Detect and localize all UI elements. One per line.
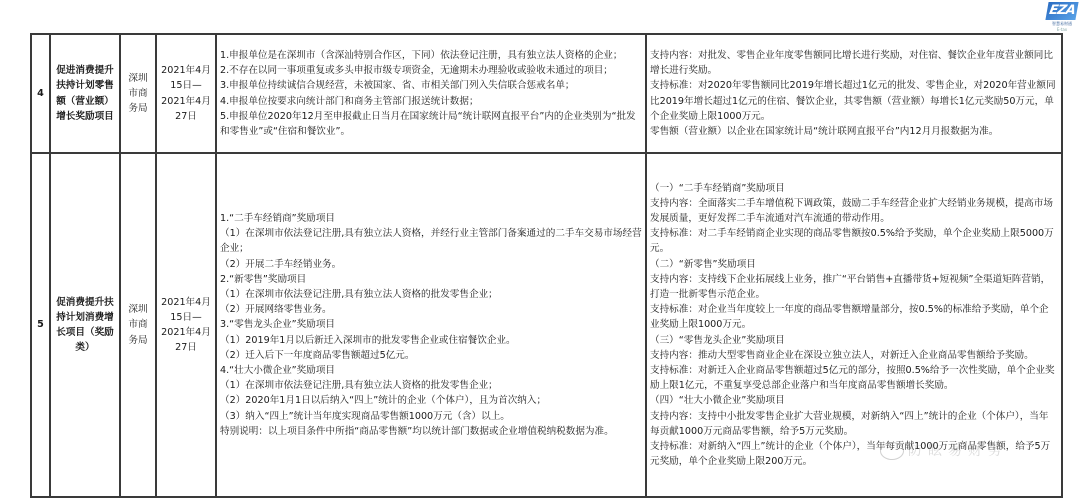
condition-item: 2.“新零售”奖励项目 (220, 272, 642, 287)
brand-logo: EZA 智慧易财通 E-tax (1044, 2, 1080, 34)
logo-mark: EZA (1045, 2, 1078, 20)
condition-item: 3.“零售龙头企业”奖励项目 (220, 317, 642, 332)
support-item: 支持标准：对新迁入企业商品零售额超过5亿元的部分，按照0.5%给予一次性奖励，单… (650, 363, 1058, 393)
application-period: 2021年4月 15日— 2021年4月 27日 (156, 34, 216, 153)
application-conditions: 1.“二手车经销商”奖励项目 （1）在深圳市依法登记注册,具有独立法人资格，并经… (216, 153, 646, 497)
policy-table: 4 促进消费提升扶持计划零售额（营业额）增长奖励项目 深圳市商务局 2021年4… (30, 33, 1063, 498)
row-number: 4 (31, 34, 50, 153)
support-item: 支持内容：对批发、零售企业年度零售额同比增长进行奖励，对住宿、餐饮企业年度营业额… (650, 48, 1058, 78)
support-item: 支持内容：推动大型零售商业企业在深设立独立法人，对新迁入企业商品零售额给予奖励。 (650, 348, 1058, 363)
condition-item: 3.申报单位持续诚信合规经营，未被国家、省、市相关部门列入失信联合惩戒名单； (220, 78, 642, 93)
department: 深圳市商务局 (120, 153, 156, 497)
department: 深圳市商务局 (120, 34, 156, 153)
project-name: 促进消费提升扶持计划零售额（营业额）增长奖励项目 (50, 34, 120, 153)
condition-item: （1）在深圳市依法登记注册,具有独立法人资格的批发零售企业； (220, 287, 642, 302)
support-heading: （三）“零售龙头企业”奖励项目 (650, 333, 1058, 348)
support-item: 零售额（营业额）以企业在国家统计局“统计联网直报平台”内12月月报数据为准。 (650, 124, 1058, 139)
special-note: 特别说明：以上项目条件中所指“商品零售额”均以统计部门数据或企业增值税纳税数据为… (220, 424, 642, 439)
condition-item: 4.“壮大小微企业”奖励项目 (220, 363, 642, 378)
condition-item: （2）2020年1月1日以后纳入“四上”统计的企业（个体户），且为首次纳入； (220, 393, 642, 408)
support-heading: （二）“新零售”奖励项目 (650, 257, 1058, 272)
condition-item: （2）迁入后下一年度商品零售额超过5亿元。 (220, 348, 642, 363)
condition-item: 2.不存在以同一事项重复或多头申报市级专项资金，无逾期未办理验收或验收未通过的项… (220, 63, 642, 78)
condition-item: 4.申报单位按要求向统计部门和商务主管部门报送统计数据； (220, 94, 642, 109)
condition-item: （3）纳入“四上”统计当年度实现商品零售额1000万元（含）以上。 (220, 409, 642, 424)
support-item: 支持内容：支持中小批发零售企业扩大营业规模，对新纳入“四上”统计的企业（个体户）… (650, 409, 1058, 439)
support-item: 支持内容：全面落实二手车增值税下调政策，鼓励二手车经营企业扩大经销业务规模，提高… (650, 196, 1058, 226)
condition-item: （2）开展网络零售业务。 (220, 302, 642, 317)
condition-item: （1）在深圳市依法登记注册,具有独立法人资格的批发零售企业； (220, 378, 642, 393)
row-number: 5 (31, 153, 50, 497)
application-period: 2021年4月 15日— 2021年4月 27日 (156, 153, 216, 497)
support-item: 支持标准：对新纳入“四上”统计的企业（个体户），当年每贡献1000万元商品零售额… (650, 439, 1058, 469)
support-item: 支持标准：对二手车经销商企业实现的商品零售额按0.5%给予奖励，单个企业奖励上限… (650, 226, 1058, 256)
support-content: 支持内容：对批发、零售企业年度零售额同比增长进行奖励，对住宿、餐饮企业年度营业额… (646, 34, 1062, 153)
condition-item: （1）2019年1月以后新迁入深圳市的批发零售企业或住宿餐饮企业。 (220, 333, 642, 348)
support-item: 支持标准：对2020年零售额同比2019年增长超过1亿元的批发、零售企业，对20… (650, 78, 1058, 124)
application-conditions: 1.申报单位是在深圳市（含深汕特别合作区，下同）依法登记注册，具有独立法人资格的… (216, 34, 646, 153)
support-item: 支持标准：对企业当年度较上一年度的商品零售额增量部分，按0.5%的标准给予奖励，… (650, 302, 1058, 332)
condition-item: 1.“二手车经销商”奖励项目 (220, 211, 642, 226)
support-content: （一）“二手车经销商”奖励项目 支持内容：全面落实二手车增值税下调政策，鼓励二手… (646, 153, 1062, 497)
condition-item: （1）在深圳市依法登记注册,具有独立法人资格，并经行业主管部门备案通过的二手车交… (220, 226, 642, 256)
table-row: 5 促消费提升扶持计划消费增长项目（奖励类） 深圳市商务局 2021年4月 15… (31, 153, 1062, 497)
logo-en-text: E-tax (1057, 27, 1067, 32)
table-row: 4 促进消费提升扶持计划零售额（营业额）增长奖励项目 深圳市商务局 2021年4… (31, 34, 1062, 153)
condition-item: （2）开展二手车经销业务。 (220, 257, 642, 272)
condition-item: 5.申报单位2020年12月至申报截止日当月在国家统计局“统计联网直报平台”内的… (220, 109, 642, 139)
support-heading: （一）“二手车经销商”奖励项目 (650, 181, 1058, 196)
support-item: 支持内容：支持线下企业拓展线上业务，推广“平台销售+直播带货+短视频”全渠道矩阵… (650, 272, 1058, 302)
support-heading: （四）“壮大小微企业”奖励项目 (650, 393, 1058, 408)
condition-item: 1.申报单位是在深圳市（含深汕特别合作区，下同）依法登记注册，具有独立法人资格的… (220, 48, 642, 63)
project-name: 促消费提升扶持计划消费增长项目（奖励类） (50, 153, 120, 497)
